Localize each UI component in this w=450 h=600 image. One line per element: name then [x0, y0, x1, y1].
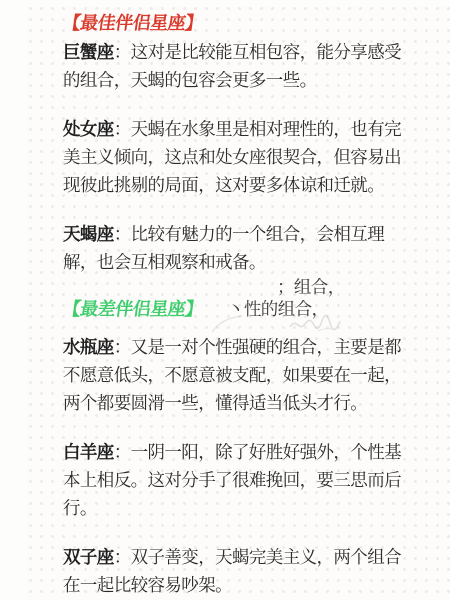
entry-text-line: 本上相反。这对分手了很难挽回，要三思而后 [63, 466, 401, 494]
entry-text-line: 处女座：天蝎在水象里是相对理性的，也有完 [63, 115, 401, 143]
entry-gemini: 双子座：双子善变，天蝎完美主义，两个组合 在一起比较容易吵架。 [63, 543, 401, 599]
entry-virgo: 处女座：天蝎在水象里是相对理性的，也有完 美主义倾向，这点和处女座很契合，但容易… [63, 115, 401, 199]
zodiac-name: 水瓶座 [63, 337, 114, 357]
left-margin [0, 0, 27, 600]
zodiac-name: 白羊座 [63, 442, 114, 462]
entry-text-line: 现彼此挑剔的局面，这对要多体谅和迁就。 [63, 171, 401, 199]
entry-cancer: 巨蟹座：这对是比较能互相包容，能分享感受 的组合，天蝎的包容会更多一些。 [63, 38, 401, 94]
entry-text-line: 美主义倾向，这点和处女座很契合，但容易出 [63, 143, 401, 171]
entry-text-line: 巨蟹座：这对是比较能互相包容，能分享感受 [63, 38, 401, 66]
zodiac-name: 处女座 [63, 119, 114, 139]
top-margin [0, 0, 450, 7]
zodiac-name: 巨蟹座 [63, 42, 114, 62]
entry-aries: 白羊座：一阴一阳，除了好胜好强外，个性基 本上相反。这对分手了很难挽回，要三思而… [63, 438, 401, 522]
entry-text-line: 不愿意低头，不愿意被支配，如果要在一起， [63, 361, 401, 389]
entry-text-line: 两个都要圆滑一些，懂得适当低头才行。 [63, 389, 401, 417]
entry-text-line: 白羊座：一阴一阳，除了好胜好强外，个性基 [63, 438, 401, 466]
entry-text-line: 在一起比较容易吵架。 [63, 571, 401, 599]
zodiac-name: 天蝎座 [63, 224, 114, 244]
entry-text: ：双子善变，天蝎完美主义，两个组合 [114, 547, 401, 567]
worst-partners-header: 【最差伴侣星座】 [61, 295, 205, 321]
faint-watermark-scribble [288, 313, 344, 333]
entry-text: ：天蝎在水象里是相对理性的，也有完 [114, 119, 401, 139]
entry-text-line: 双子座：双子善变，天蝎完美主义，两个组合 [63, 543, 401, 571]
entry-text-line: 解，也会互相观察和戒备。 [63, 248, 384, 276]
entry-text-line: 水瓶座：又是一对个性强硬的组合，主要是都 [63, 333, 401, 361]
erased-text-fragment-1: ；组合， [277, 276, 345, 298]
entry-text-line: 天蝎座：比较有魅力的一个组合，会相互理 [63, 220, 384, 248]
entry-text: ：比较有魅力的一个组合，会相互理 [114, 224, 384, 244]
entry-scorpio: 天蝎座：比较有魅力的一个组合，会相互理 解，也会互相观察和戒备。 [63, 220, 384, 276]
entry-text: ：这对是比较能互相包容，能分享感受 [114, 42, 401, 62]
entry-text: ：一阴一阳，除了好胜好强外，个性基 [114, 442, 401, 462]
zodiac-name: 双子座 [63, 547, 114, 567]
entry-text-line: 行。 [63, 494, 401, 522]
entry-text-line: 的组合，天蝎的包容会更多一些。 [63, 66, 401, 94]
article-page: 【最佳伴侣星座】 巨蟹座：这对是比较能互相包容，能分享感受 的组合，天蝎的包容会… [0, 0, 450, 600]
best-partners-header: 【最佳伴侣星座】 [61, 9, 205, 35]
entry-text: ：又是一对个性强硬的组合，主要是都 [114, 337, 401, 357]
entry-aquarius: 水瓶座：又是一对个性强硬的组合，主要是都 不愿意低头，不愿意被支配，如果要在一起… [63, 333, 401, 417]
